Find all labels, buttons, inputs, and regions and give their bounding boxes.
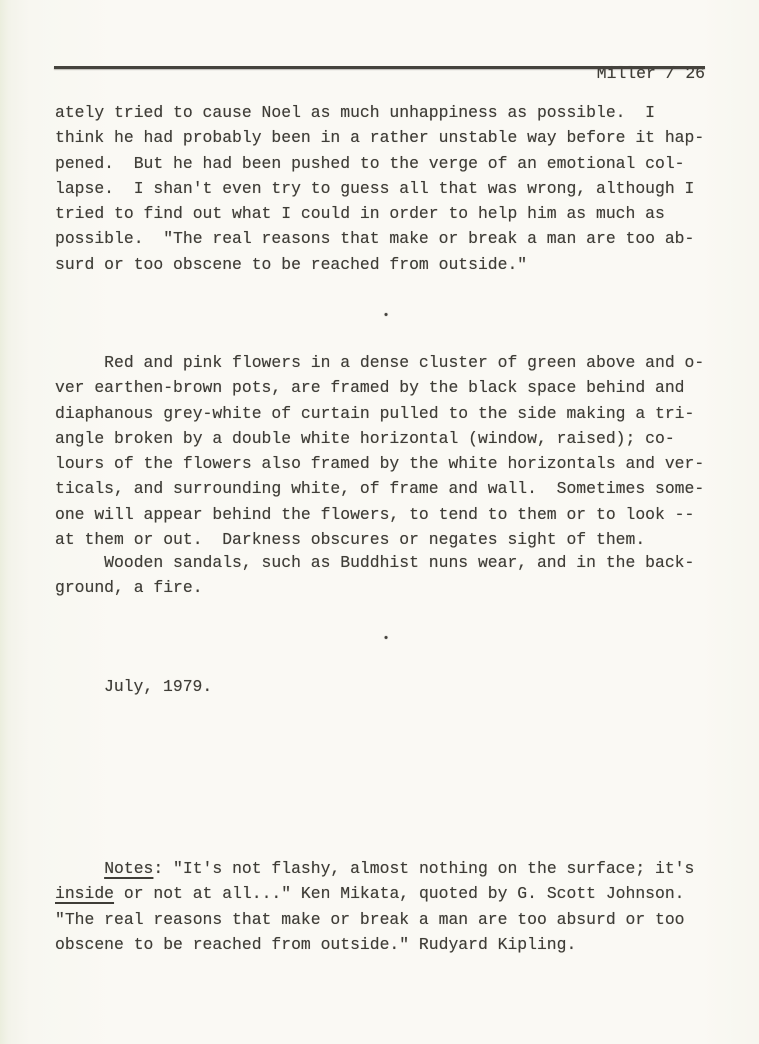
typed-line: ver earthen-brown pots, are framed by th… [55, 375, 704, 400]
typed-line: diaphanous grey-white of curtain pulled … [55, 401, 704, 426]
header-rule [54, 66, 705, 69]
typed-line: Red and pink flowers in a dense cluster … [55, 350, 704, 375]
notes-line: obscene to be reached from outside." Rud… [55, 932, 694, 957]
typed-line: possible. "The real reasons that make or… [55, 226, 704, 251]
typed-line: pened. But he had been pushed to the ver… [55, 151, 704, 176]
typed-line: Wooden sandals, such as Buddhist nuns we… [55, 550, 694, 575]
notes-line: Notes: "It's not flashy, almost nothing … [55, 856, 694, 881]
separator-dot-icon: • [383, 310, 390, 322]
notes-line: "The real reasons that make or break a m… [55, 907, 694, 932]
date-line: July, 1979. [104, 674, 212, 699]
typed-line: surd or too obscene to be reached from o… [55, 252, 704, 277]
typed-line: tried to find out what I could in order … [55, 201, 704, 226]
inside-word-underlined: inside [55, 884, 114, 903]
typed-line: ground, a fire. [55, 575, 694, 600]
notes-line: inside or not at all..." Ken Mikata, quo… [55, 881, 694, 906]
typed-line: lapse. I shan't even try to guess all th… [55, 176, 704, 201]
notes-line-text: or not at all..." Ken Mikata, quoted by … [114, 884, 685, 903]
typed-line: think he had probably been in a rather u… [55, 125, 704, 150]
typed-line: at them or out. Darkness obscures or neg… [55, 527, 704, 552]
typed-line: lours of the flowers also framed by the … [55, 451, 704, 476]
notes-label-underlined: Notes [104, 859, 153, 878]
typed-line: one will appear behind the flowers, to t… [55, 502, 704, 527]
section-separator: • [55, 634, 717, 645]
notes-indent [55, 859, 104, 878]
paragraph-sandals: Wooden sandals, such as Buddhist nuns we… [55, 550, 694, 601]
typed-line: ately tried to cause Noel as much unhapp… [55, 100, 704, 125]
section-separator: • [55, 311, 717, 322]
typed-line: angle broken by a double white horizonta… [55, 426, 704, 451]
typed-line: ticals, and surrounding white, of frame … [55, 476, 704, 501]
notes-line-text: : "It's not flashy, almost nothing on th… [153, 859, 694, 878]
paragraph-unhappiness: ately tried to cause Noel as much unhapp… [55, 100, 704, 277]
notes-section: Notes: "It's not flashy, almost nothing … [55, 856, 694, 957]
separator-dot-icon: • [383, 633, 390, 645]
paragraph-flowers: Red and pink flowers in a dense cluster … [55, 350, 704, 552]
manuscript-page: Miller / 26 ately tried to cause Noel as… [0, 0, 759, 1044]
